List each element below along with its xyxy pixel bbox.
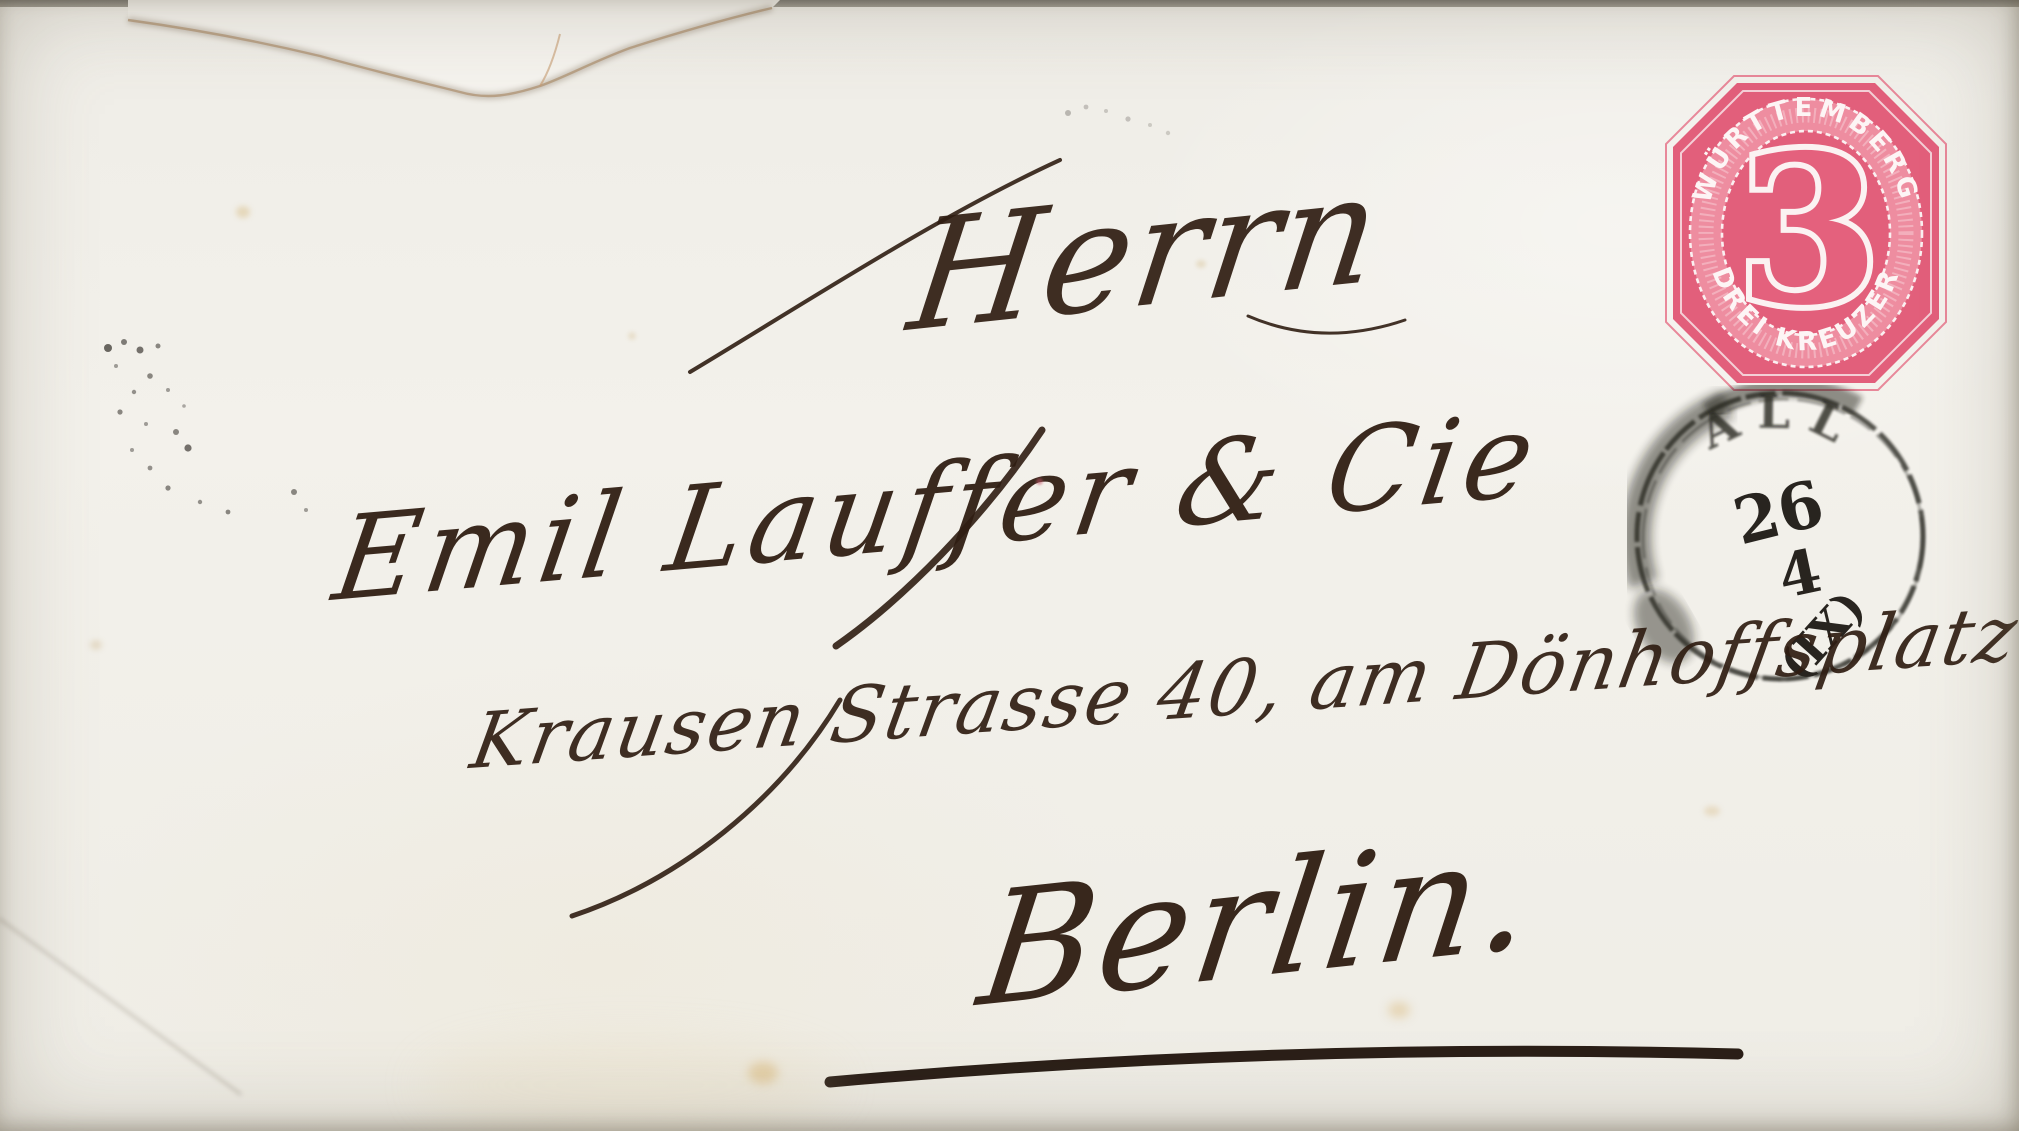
handwriting-layer: Herrn Emil Lauffer & Cie Krausen Strasse… xyxy=(0,0,2019,1131)
city-script: Berlin. xyxy=(967,801,1549,1043)
recipient-script: Emil Lauffer & Cie xyxy=(324,387,1549,629)
street-script: Krausen Strasse 40, am Dönhoffsplatz xyxy=(463,589,2019,787)
envelope: WÜRTTEMBERG DREI KREUZER 3 3 ALL 26 4 (I… xyxy=(0,0,2019,1131)
city-underline xyxy=(830,1051,1738,1082)
